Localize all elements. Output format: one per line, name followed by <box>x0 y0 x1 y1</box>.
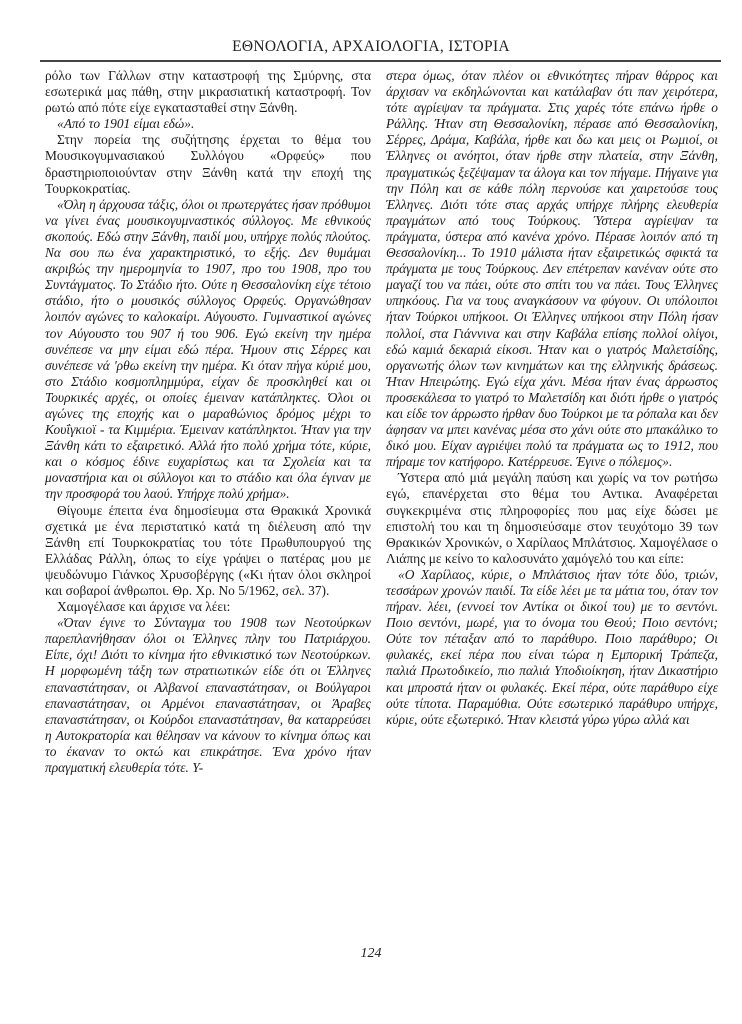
paragraph: Ύστερα από μιά μεγάλη παύση και χωρίς να… <box>386 470 718 567</box>
header-rule <box>40 60 721 62</box>
quote-paragraph: «Ο Χαρίλαος, κύριε, ο Μπλάτσιος ήταν τότ… <box>386 567 718 728</box>
quote-paragraph: «Από το 1901 είμαι εδώ». <box>45 116 371 132</box>
running-header: ΕΘΝΟΛΟΓΙΑ, ΑΡΧΑΙΟΛΟΓΙΑ, ΙΣΤΟΡΙΑ <box>0 38 742 56</box>
quote-paragraph: στερα όμως, όταν πλέον οι εθνικότητες πή… <box>386 68 718 470</box>
right-column: στερα όμως, όταν πλέον οι εθνικότητες πή… <box>386 68 718 728</box>
paragraph: Χαμογέλασε και άρχισε να λέει: <box>45 599 371 615</box>
paragraph: Θίγουμε έπειτα ένα δημοσίευμα στα Θρακικ… <box>45 503 371 600</box>
paragraph: Στην πορεία της συζήτησης έρχεται το θέμ… <box>45 132 371 196</box>
paragraph: ρόλο των Γάλλων στην καταστροφή της Σμύρ… <box>45 68 371 116</box>
quote-paragraph: «Όταν έγινε το Σύνταγμα του 1908 των Νεο… <box>45 615 371 776</box>
left-column: ρόλο των Γάλλων στην καταστροφή της Σμύρ… <box>45 68 371 776</box>
page-number: 124 <box>0 946 742 962</box>
quote-paragraph: «Όλη η άρχουσα τάξις, όλοι οι πρωτεργάτε… <box>45 197 371 503</box>
